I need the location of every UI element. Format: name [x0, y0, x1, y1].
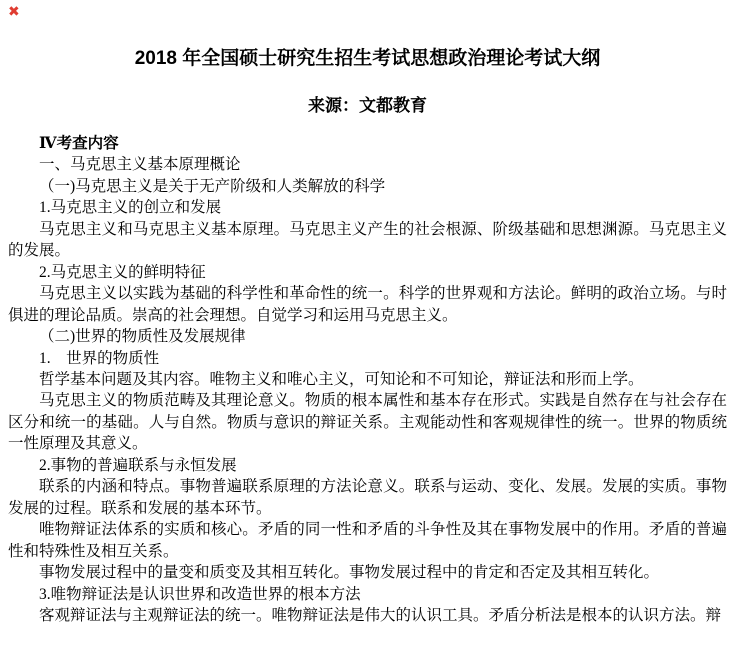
- paragraph: 1.马克思主义的创立和发展: [8, 197, 727, 218]
- paragraph: 1. 世界的物质性: [8, 348, 727, 369]
- paragraph: 联系的内涵和特点。事物普遍联系原理的方法论意义。联系与运动、变化、发展。发展的实…: [8, 476, 727, 519]
- broken-image-icon: ✖: [8, 5, 20, 19]
- paragraph: 2.事物的普遍联系与永恒发展: [8, 455, 727, 476]
- paragraph: 客观辩证法与主观辩证法的统一。唯物辩证法是伟大的认识工具。矛盾分析法是根本的认识…: [8, 605, 727, 626]
- paragraph: 马克思主义和马克思主义基本原理。马克思主义产生的社会根源、阶级基础和思想渊源。马…: [8, 219, 727, 262]
- paragraph: 唯物辩证法体系的实质和核心。矛盾的同一性和矛盾的斗争性及其在事物发展中的作用。矛…: [8, 519, 727, 562]
- paragraph: 哲学基本问题及其内容。唯物主义和唯心主义，可知论和不可知论，辩证法和形而上学。: [8, 369, 727, 390]
- document-body: Ⅳ考查内容一、马克思主义基本原理概论（一)马克思主义是关于无产阶级和人类解放的科…: [0, 133, 735, 626]
- paragraph: 2.马克思主义的鲜明特征: [8, 262, 727, 283]
- source-line: 来源：文都教育: [0, 95, 735, 117]
- paragraph: （一)马克思主义是关于无产阶级和人类解放的科学: [8, 176, 727, 197]
- section-heading: Ⅳ考查内容: [8, 133, 727, 154]
- paragraph: 马克思主义以实践为基础的科学性和革命性的统一。科学的世界观和方法论。鲜明的政治立…: [8, 283, 727, 326]
- paragraph: 事物发展过程中的量变和质变及其相互转化。事物发展过程中的肯定和否定及其相互转化。: [8, 562, 727, 583]
- paragraph: 3.唯物辩证法是认识世界和改造世界的根本方法: [8, 584, 727, 605]
- paragraph: 马克思主义的物质范畴及其理论意义。物质的根本属性和基本存在形式。实践是自然存在与…: [8, 390, 727, 454]
- page-title: 2018 年全国硕士研究生招生考试思想政治理论考试大纲: [0, 0, 735, 71]
- paragraph: 一、马克思主义基本原理概论: [8, 154, 727, 175]
- document-page: ✖ 2018 年全国硕士研究生招生考试思想政治理论考试大纲 来源：文都教育 Ⅳ考…: [0, 0, 735, 656]
- paragraph: （二)世界的物质性及发展规律: [8, 326, 727, 347]
